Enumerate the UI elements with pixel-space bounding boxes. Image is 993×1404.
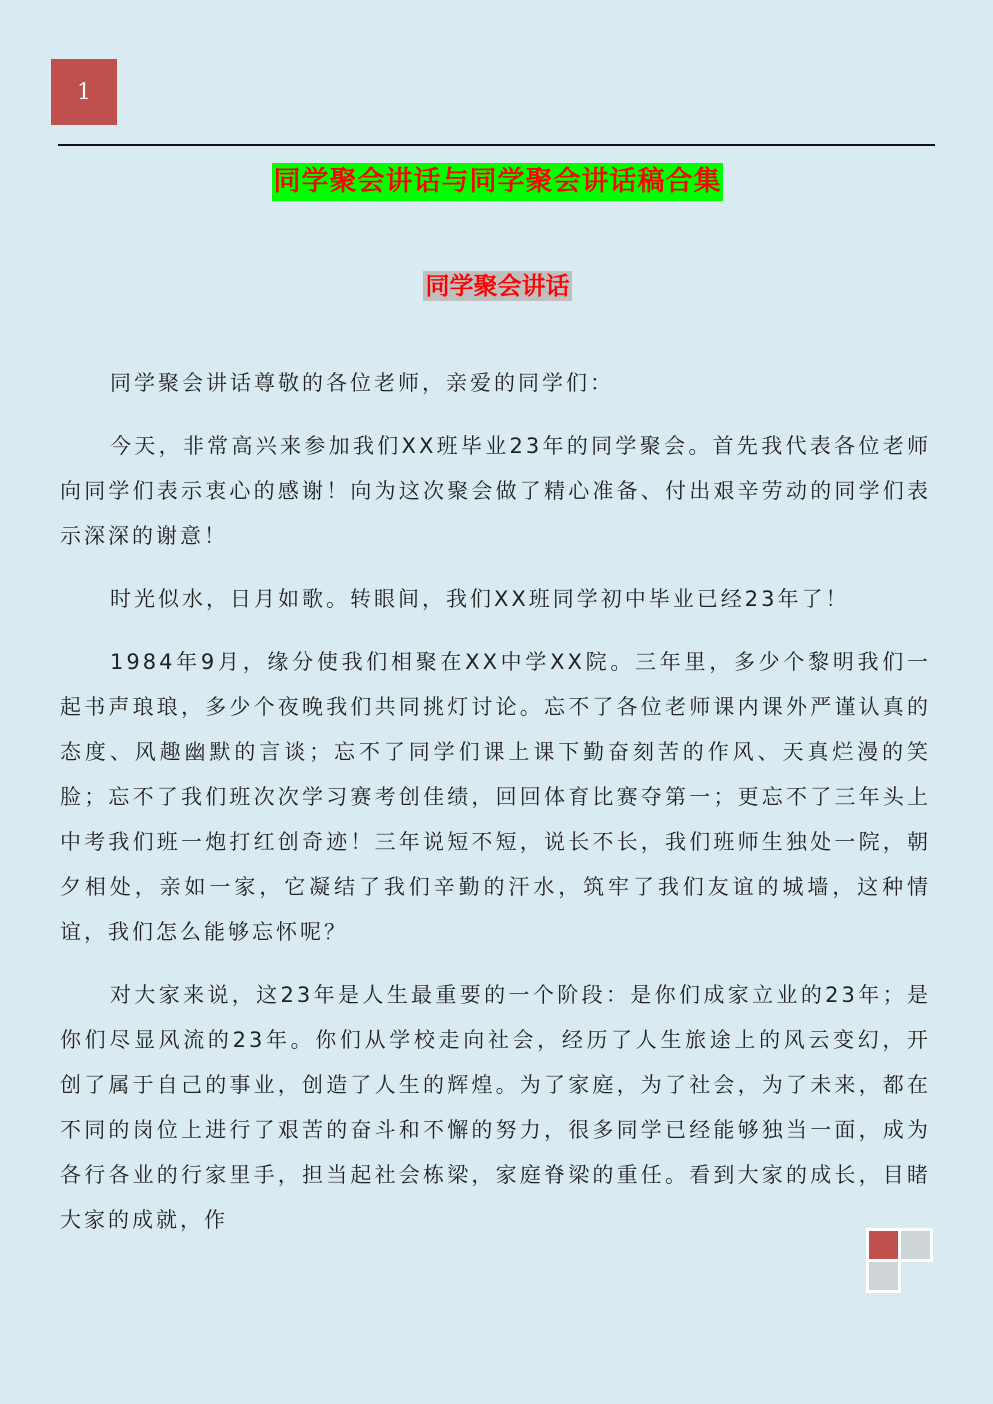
- decoration-red-square: [869, 1231, 898, 1259]
- page-number: 1: [77, 80, 91, 105]
- decoration-gray-square: [869, 1262, 898, 1290]
- paragraph: 时光似水，日月如歌。转眼间，我们XX班同学初中毕业已经23年了！: [60, 577, 931, 622]
- decoration-gray-square: [901, 1231, 930, 1259]
- section-title: 同学聚会讲话: [423, 271, 572, 301]
- document-page: 1 同学聚会讲话与同学聚会讲话稿合集 同学聚会讲话 同学聚会讲话尊敬的各位老师，…: [0, 0, 993, 1404]
- header-rule: [58, 144, 935, 146]
- document-title: 同学聚会讲话与同学聚会讲话稿合集: [272, 163, 723, 201]
- paragraph: 对大家来说，这23年是人生最重要的一个阶段：是你们成家立业的23年；是你们尽显风…: [60, 973, 931, 1243]
- paragraph: 同学聚会讲话尊敬的各位老师，亲爱的同学们：: [60, 361, 931, 406]
- document-body: 同学聚会讲话尊敬的各位老师，亲爱的同学们： 今天，非常高兴来参加我们XX班毕业2…: [60, 361, 931, 1261]
- paragraph: 1984年9月，缘分使我们相聚在XX中学XX院。三年里，多少个黎明我们一起书声琅…: [60, 640, 931, 955]
- page-number-badge: 1: [51, 59, 117, 125]
- paragraph: 今天，非常高兴来参加我们XX班毕业23年的同学聚会。首先我代表各位老师向同学们表…: [60, 424, 931, 559]
